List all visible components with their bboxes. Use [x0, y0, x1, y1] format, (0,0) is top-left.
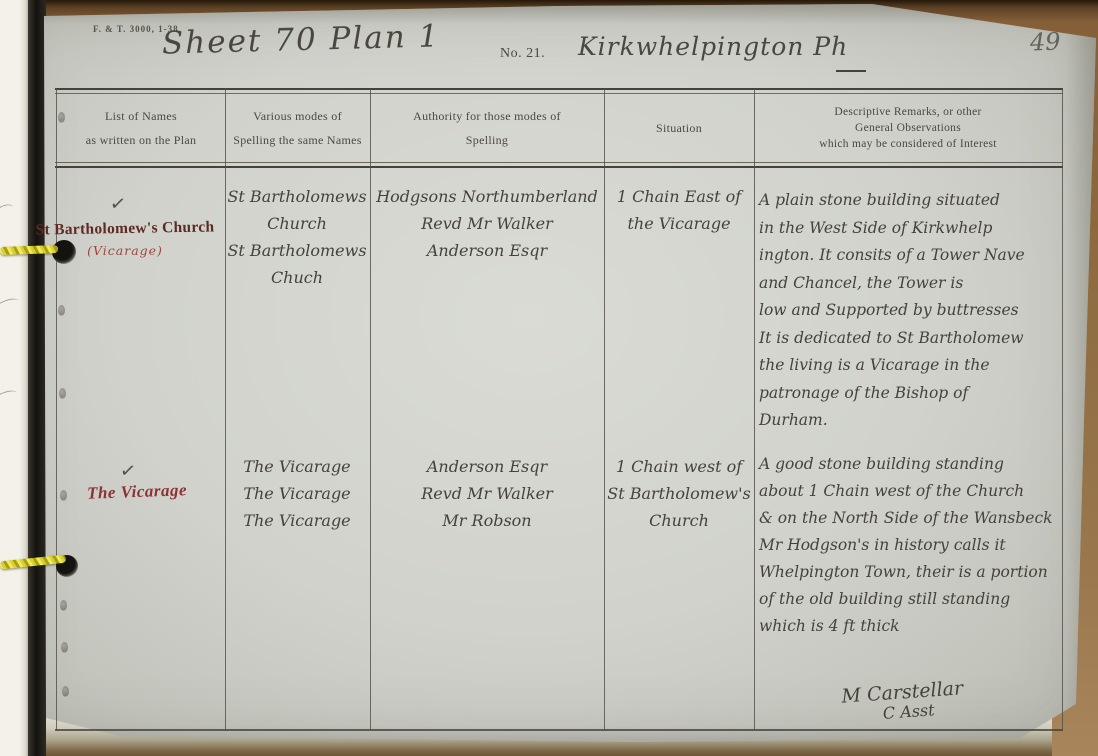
sheet-title: Sheet 70 Plan 1 [162, 18, 441, 61]
remark-line: A good stone building standing [759, 451, 1067, 478]
remark-line: the living is a Vicarage in the [759, 352, 1061, 380]
header-line: Authority for those modes of [370, 109, 604, 124]
remark-line: which is 4 ft thick [759, 613, 1067, 640]
header-line: Descriptive Remarks, or other [754, 106, 1062, 118]
parish-underline [836, 70, 866, 72]
column-header-situation: Situation [604, 97, 754, 159]
header-bottom-rule [55, 166, 1063, 168]
binding-hole-mark [58, 112, 65, 123]
remark-line: ington. It consits of a Tower Nave [759, 242, 1061, 270]
header-bottom-rule-thin [55, 162, 1063, 163]
header-line: Spelling the same Names [225, 133, 370, 148]
remark-line: & on the North Side of the Wansbeck [759, 505, 1067, 532]
spelling-line: Chuch [226, 264, 368, 291]
surveyor-signature: M Carstellar C Asst [841, 670, 1063, 725]
table-bottom-rule [55, 729, 1063, 731]
binding-hole-mark [61, 642, 68, 653]
spelling-line: The Vicarage [226, 453, 368, 480]
remarks-cell: A plain stone building situated in the W… [759, 187, 1061, 435]
situation-line: Church [605, 507, 753, 534]
authority-line: Mr Robson [371, 507, 603, 534]
table-top-rule-thin [55, 93, 1063, 94]
header-line: as written on the Plan [57, 133, 225, 148]
remark-line: and Chancel, the Tower is [759, 270, 1061, 298]
page-number: 49 [1030, 27, 1062, 56]
spelling-cell: St Bartholomews Church St Bartholomews C… [226, 183, 368, 291]
authority-cell: Anderson Esqr Revd Mr Walker Mr Robson [371, 453, 603, 534]
header-line: which may be considered of Interest [754, 138, 1062, 150]
binding-hole-mark [60, 490, 67, 501]
name-stamp: The Vicarage [52, 479, 223, 505]
parish-title: Kirkwhelpington Ph [578, 32, 848, 61]
remarks-cell: A good stone building standing about 1 C… [759, 451, 1067, 640]
authority-line: Revd Mr Walker [371, 480, 603, 507]
record-number: No. 21. [500, 46, 545, 62]
remark-line: It is dedicated to St Bartholomew [759, 325, 1061, 353]
spelling-line: The Vicarage [226, 480, 368, 507]
check-mark: ✓ [119, 459, 138, 483]
spelling-line: St Bartholomews [226, 237, 368, 264]
remark-line: Mr Hodgson's in history calls it [759, 532, 1067, 559]
remark-line: in the West Side of Kirkwhelp [759, 215, 1061, 243]
scanned-page-canvas: F. & T. 3000, 1-38 Sheet 70 Plan 1 No. 2… [0, 0, 1098, 756]
header-line: Various modes of [225, 109, 370, 124]
spelling-line: Church [226, 210, 368, 237]
remark-line: of the old building still standing [759, 586, 1067, 613]
ink-layer: F. & T. 3000, 1-38 Sheet 70 Plan 1 No. 2… [0, 0, 1098, 756]
remark-line: A plain stone building situated [759, 187, 1061, 215]
header-line: Situation [604, 121, 754, 136]
spelling-cell: The Vicarage The Vicarage The Vicarage [226, 453, 368, 534]
authority-line: Hodgsons Northumberland [371, 183, 603, 210]
header-line: List of Names [57, 109, 225, 124]
authority-line: Anderson Esqr [371, 453, 603, 480]
situation-cell: 1 Chain East of the Vicarage [605, 183, 753, 237]
remark-line: Whelpington Town, their is a portion [759, 559, 1067, 586]
authority-line: Revd Mr Walker [371, 210, 603, 237]
column-header-authority: Authority for those modes of Spelling [370, 97, 604, 159]
remark-line: patronage of the Bishop of [759, 380, 1061, 408]
spelling-line: St Bartholomews [226, 183, 368, 210]
column-header-names: List of Names as written on the Plan [57, 97, 225, 159]
authority-cell: Hodgsons Northumberland Revd Mr Walker A… [371, 183, 603, 264]
situation-line: St Bartholomew's [605, 480, 753, 507]
table-top-rule [55, 88, 1063, 90]
binding-hole-mark [62, 686, 69, 697]
column-rule-left [56, 88, 57, 731]
column-rule-4 [754, 88, 755, 731]
binding-hole-mark [58, 305, 65, 316]
situation-cell: 1 Chain west of St Bartholomew's Church [605, 453, 753, 534]
header-line: Spelling [370, 133, 604, 148]
situation-line: the Vicarage [605, 210, 753, 237]
remark-line: low and Supported by buttresses [759, 297, 1061, 325]
remark-line: Durham. [759, 407, 1061, 435]
column-header-spelling-modes: Various modes of Spelling the same Names [225, 97, 370, 159]
situation-line: 1 Chain west of [605, 453, 753, 480]
header-line: General Observations [754, 122, 1062, 134]
situation-line: 1 Chain East of [605, 183, 753, 210]
binding-hole-mark [59, 388, 66, 399]
binding-hole-mark [60, 600, 67, 611]
authority-line: Anderson Esqr [371, 237, 603, 264]
name-stamp: St Bartholomew's Church [22, 218, 228, 240]
check-mark: ✓ [109, 192, 128, 216]
spelling-line: The Vicarage [226, 507, 368, 534]
column-header-remarks: Descriptive Remarks, or other General Ob… [754, 97, 1062, 159]
remark-line: about 1 Chain west of the Church [759, 478, 1067, 505]
